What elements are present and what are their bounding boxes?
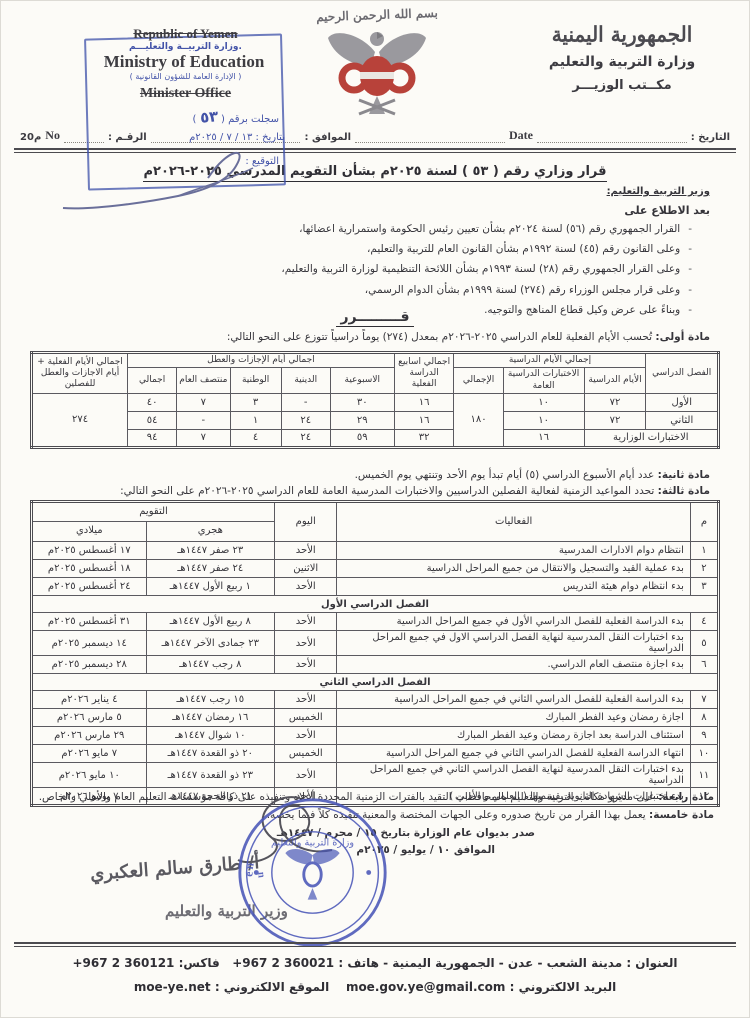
weekly-cell: ٣٠ — [330, 393, 394, 411]
seal-text-ar: وزارة التربية والتعليم — [271, 837, 354, 848]
table-row: ٩ استئناف الدراسة بعد اجازة رمضان وعيد ا… — [32, 727, 719, 745]
article-4-label: مادة رابعة: — [658, 791, 714, 803]
col-study-days: الأيام الدراسية — [584, 368, 646, 394]
col-midyear: منتصف العام — [177, 368, 230, 394]
document-page: الجمهورية اليمنية وزارة التربية والتعليم… — [0, 0, 750, 1018]
table-row: ٤ بدء الدراسة الفعلية للفصل الدراسي الأو… — [32, 613, 719, 631]
col-study-group: إجمالي الأيام الدراسية — [454, 353, 646, 368]
weekly-cell: ٥٩ — [330, 429, 394, 447]
handwritten-reg-number: ٥٣ — [199, 107, 219, 127]
email-value: moe.gov.ye@gmail.com — [346, 980, 505, 994]
address-label: العنوان : — [626, 956, 677, 970]
event-cell: بدء عملية القيد والتسجيل والانتقال من جم… — [337, 560, 691, 578]
after-review-heading: بعد الاطلاع على — [624, 204, 710, 217]
col-semester: الفصل الدراسي — [646, 353, 719, 394]
article-5-label: مادة خامسة: — [649, 809, 714, 821]
stamp-registered-number: سجلت برقم ( ٥٣ ) — [192, 108, 279, 126]
table-row: ٦ بدء اجازة منتصف العام الدراسي. الأحد ٨… — [32, 656, 719, 674]
day-cell: الأحد — [275, 578, 337, 596]
letterhead-en-ministry: Ministry of Education — [64, 52, 304, 72]
list-item: -وعلى القرار الجمهوري رقم (٢٨) لسنة ١٩٩٣… — [40, 262, 692, 276]
weeks-cell: ١٦ — [394, 393, 454, 411]
day-cell: الأحد — [275, 542, 337, 560]
table-row: ٢ بدء عملية القيد والتسجيل والانتقال من … — [32, 560, 719, 578]
footer-divider — [14, 942, 736, 947]
no-cell: ١ — [690, 542, 718, 560]
col-hijri: هجري — [146, 522, 275, 542]
section-title: الفصل الدراسي الأول — [32, 596, 719, 613]
study-days-cell: ٧٢ — [584, 393, 646, 411]
hijri-cell: ٢٣ ذو القعدة ١٤٤٧هـ — [146, 763, 275, 788]
table-row: ١١ بدء اختبارات النقل المدرسية لنهاية ال… — [32, 763, 719, 788]
registry-signature-scribble — [58, 138, 308, 213]
article-1-label: مادة أولى: — [655, 331, 710, 343]
year-suffix: م20 — [20, 132, 41, 143]
date-dotted-line2 — [355, 133, 505, 143]
list-item: -وعلى القانون رقم (٤٥) لسنة ١٩٩٢م بشأن ا… — [40, 242, 692, 256]
no-cell: ٩ — [690, 727, 718, 745]
holiday-total-cell: ٤٠ — [128, 393, 177, 411]
col-events: الفعاليات — [337, 502, 691, 542]
phone-value: +967 2 360021 — [232, 956, 334, 970]
stamp-ministry-line: .وزارة التربيــة والتعليـــم — [78, 42, 293, 52]
semester-cell: الاختبارات الوزارية — [584, 429, 718, 447]
grand-total-cell: ٢٧٤ — [32, 393, 128, 447]
weeks-cell: ١٦ — [394, 411, 454, 429]
day-cell: الأحد — [275, 656, 337, 674]
svg-text:Republic of Yemen: Republic of Yemen — [235, 795, 257, 877]
minister-office: مكــتب الوزيـــر — [522, 78, 722, 93]
address-value: مدينة الشعب - عدن - الجمهورية اليمنية - — [383, 956, 622, 970]
col-day: اليوم — [275, 502, 337, 542]
event-cell: بدء الدراسة الفعلية للفصل الدراسي الثاني… — [337, 691, 691, 709]
hijri-cell: ٢٣ جمادى الآخر ١٤٤٧هـ — [146, 631, 275, 656]
day-cell: الأحد — [275, 763, 337, 788]
greg-cell: ١٧ أغسطس ٢٠٢٥م — [32, 542, 147, 560]
day-cell: الاثنين — [275, 560, 337, 578]
fax-label: فاكس: — [179, 956, 220, 970]
national-cell: ٣ — [230, 393, 281, 411]
date-dotted-line — [537, 133, 687, 143]
table-row: ٧ بدء الدراسة الفعلية للفصل الدراسي الثا… — [32, 691, 719, 709]
exams-cell: ١٠ — [503, 411, 584, 429]
col-weekly: الاسبوعية — [330, 368, 394, 394]
decree-word: قـــــــــرر — [336, 309, 413, 327]
holiday-total-cell: ٩٤ — [128, 429, 177, 447]
religious-cell: ٢٤ — [281, 411, 330, 429]
hijri-cell: ٨ ربيع الأول ١٤٤٧هـ — [146, 613, 275, 631]
semester-cell: الأول — [646, 393, 719, 411]
national-cell: ١ — [230, 411, 281, 429]
table-row: الثاني ٧٢ ١٠ ١٦ ٢٩ ٢٤ ١ - ٥٤ — [32, 411, 719, 429]
dash-marker: - — [688, 242, 692, 256]
section-header-row: الفصل الدراسي الثاني — [32, 674, 719, 691]
table-row: ١٠ انتهاء الدراسة الفعلية للفصل الدراسي … — [32, 745, 719, 763]
dash-marker: - — [688, 262, 692, 276]
section-header-row: الفصل الدراسي الأول — [32, 596, 719, 613]
midyear-cell: - — [177, 411, 230, 429]
site-label: الموقع الالكتروني : — [215, 980, 329, 994]
weekly-cell: ٢٩ — [330, 411, 394, 429]
no-cell: ٤ — [690, 613, 718, 631]
no-cell: ١١ — [690, 763, 718, 788]
date-en-label: Date — [509, 128, 533, 143]
event-cell: بدء اختبارات النقل المدرسية لنهاية الفصل… — [337, 631, 691, 656]
seal-text-en-top: Republic of Yemen — [235, 795, 257, 877]
phone-label: هاتف : — [338, 956, 379, 970]
day-cell: الخميس — [275, 745, 337, 763]
day-cell: الخميس — [275, 709, 337, 727]
footer-contact-line: البريد الالكتروني : moe.gov.ye@gmail.com… — [0, 980, 750, 994]
no-cell: ١٠ — [690, 745, 718, 763]
registry-stamp: Republic of Yemen .وزارة التربيــة والتع… — [78, 20, 293, 195]
date-label: التاريخ : — [691, 132, 730, 143]
footer-address-line: العنوان : مدينة الشعب - عدن - الجمهورية … — [0, 956, 750, 970]
greg-cell: ٢٤ أغسطس ٢٠٢٥م — [32, 578, 147, 596]
col-general-exams: الاختبارات الدراسية العامة — [503, 368, 584, 394]
day-cell: الأحد — [275, 691, 337, 709]
hijri-cell: ٢٣ صفر ١٤٤٧هـ — [146, 542, 275, 560]
fax-value: +967 2 360121 — [73, 956, 175, 970]
hijri-cell: ١٦ رمضان ١٤٤٧هـ — [146, 709, 275, 727]
section-title: الفصل الدراسي الثاني — [32, 674, 719, 691]
signature-block: أ/ طارق سالم العكبري وزير التربية والتعل… — [60, 790, 420, 955]
col-grand-total: اجمالي الأيام الفعلية + أيام الاجازات وا… — [32, 353, 128, 394]
event-cell: بدء الدراسة الفعلية للفصل الدراسي الأول … — [337, 613, 691, 631]
table-row: ١ انتظام دوام الادارات المدرسية الأحد ٢٣… — [32, 542, 719, 560]
greg-cell: ٧ مايو ٢٠٢٦م — [32, 745, 147, 763]
event-cell: استئناف الدراسة بعد اجازة رمضان وعيد الف… — [337, 727, 691, 745]
no-cell: ٣ — [690, 578, 718, 596]
midyear-cell: ٧ — [177, 393, 230, 411]
no-cell: ٨ — [690, 709, 718, 727]
religious-cell: - — [281, 393, 330, 411]
list-item: -القرار الجمهوري رقم (٥٦) لسنة ٢٠٢٤م بشأ… — [40, 222, 692, 236]
hijri-cell: ١٠ شوال ١٤٤٧هـ — [146, 727, 275, 745]
no-cell: ٦ — [690, 656, 718, 674]
table-row: ٥ بدء اختبارات النقل المدرسية لنهاية الف… — [32, 631, 719, 656]
stamp-legal-dept-line: ( الإدارة العامة للشؤون القانونية ) — [78, 72, 293, 81]
col-holiday-total: اجمالي — [128, 368, 177, 394]
event-cell: بدء اجازة منتصف العام الدراسي. — [337, 656, 691, 674]
col-gregorian: ميلادي — [32, 522, 147, 542]
greg-cell: ٢٨ ديسمبر ٢٠٢٥م — [32, 656, 147, 674]
greg-cell: ١٨ أغسطس ٢٠٢٥م — [32, 560, 147, 578]
col-number: م — [690, 502, 718, 542]
greg-cell: ١٤ ديسمبر ٢٠٢٥م — [32, 631, 147, 656]
table-row: الأول ٧٢ ١٠ ١٨٠ ١٦ ٣٠ - ٣ ٧ ٤٠ ٢٧٤ — [32, 393, 719, 411]
total-all-cell: ١٨٠ — [454, 393, 503, 447]
day-cell: الأحد — [275, 613, 337, 631]
exams-cell: ١٠ — [503, 393, 584, 411]
semester-cell: الثاني — [646, 411, 719, 429]
greg-cell: ٢٩ مارس ٢٠٢٦م — [32, 727, 147, 745]
event-cell: بدء انتظام دوام هيئة التدريس — [337, 578, 691, 596]
event-cell: اجازة رمضان وعيد الفطر المبارك — [337, 709, 691, 727]
muwafiq-label: الموافق : — [304, 132, 351, 143]
col-religious: الدينية — [281, 368, 330, 394]
day-cell: الأحد — [275, 631, 337, 656]
col-holiday-group: اجمالي أيام الإجازات والعطل — [128, 353, 395, 368]
national-cell: ٤ — [230, 429, 281, 447]
letterhead-en-office: Minister Office — [78, 86, 293, 102]
greg-cell: ٤ يناير ٢٠٢٦م — [32, 691, 147, 709]
letterhead-arabic-block: الجمهورية اليمنية وزارة التربية والتعليم… — [522, 22, 722, 93]
dash-marker: - — [688, 222, 692, 236]
col-weeks: اجمالي اسابيع الدراسة الفعلية — [394, 353, 454, 394]
letterhead-en-republic: Republic of Yemen — [78, 26, 293, 42]
holiday-total-cell: ٥٤ — [128, 411, 177, 429]
hijri-cell: ٢٠ ذو القعدة ١٤٤٧هـ — [146, 745, 275, 763]
greg-cell: ٥ مارس ٢٠٢٦م — [32, 709, 147, 727]
event-cell: انتهاء الدراسة الفعلية للفصل الدراسي الث… — [337, 745, 691, 763]
yemen-eagle-emblem-icon — [321, 22, 433, 120]
table-row: الاختبارات الوزارية ١٦ ٣٢ ٥٩ ٢٤ ٤ ٧ ٩٤ — [32, 429, 719, 447]
event-cell: انتظام دوام الادارات المدرسية — [337, 542, 691, 560]
article-3: مادة ثالثة: تحدد المواعيد الزمنية لفعالي… — [30, 484, 710, 499]
hijri-cell: ١٥ رجب ١٤٤٧هـ — [146, 691, 275, 709]
calendar-table: م الفعاليات اليوم التقويم هجري ميلادي ١ … — [30, 500, 720, 807]
greg-cell: ٣١ أغسطس ٢٠٢٥م — [32, 613, 147, 631]
ministry-round-seal: Republic of Yemen Ministry Of Education … — [235, 795, 390, 950]
site-value: moe-ye.net — [134, 980, 211, 994]
hijri-cell: ٨ رجب ١٤٤٧هـ — [146, 656, 275, 674]
col-national: الوطنية — [230, 368, 281, 394]
study-days-cell: ٧٢ — [584, 411, 646, 429]
article-1: مادة أولى: تُحسب الأيام الفعلية للعام ال… — [30, 330, 710, 345]
greg-cell: ١٠ مايو ٢٠٢٦م — [32, 763, 147, 788]
event-cell: بدء اختبارات النقل المدرسية لنهاية الفصل… — [337, 763, 691, 788]
article-3-label: مادة ثالثة: — [658, 485, 710, 497]
exams-cell: ١٦ — [503, 429, 584, 447]
hijri-cell: ٢٤ صفر ١٤٤٧هـ — [146, 560, 275, 578]
dash-marker: - — [688, 283, 692, 297]
col-total: الإجمالي — [454, 368, 503, 394]
table-row: ٨ اجازة رمضان وعيد الفطر المبارك الخميس … — [32, 709, 719, 727]
republic-name: الجمهورية اليمنية — [522, 21, 722, 46]
no-cell: ٢ — [690, 560, 718, 578]
ministry-name: وزارة التربية والتعليم — [522, 54, 722, 70]
no-cell: ٧ — [690, 691, 718, 709]
letterhead: الجمهورية اليمنية وزارة التربية والتعليم… — [0, 0, 750, 130]
day-cell: الأحد — [275, 727, 337, 745]
hijri-cell: ١ ربيع الأول ١٤٤٧هـ — [146, 578, 275, 596]
minister-line: وزير التربية والتعليم: — [607, 186, 710, 197]
article-2-label: مادة ثانية: — [658, 469, 710, 481]
list-item: -وعلى قرار مجلس الوزراء رقم (٢٧٤) لسنة ١… — [40, 283, 692, 297]
article-2: مادة ثانية: عدد أيام الأسبوع الدراسي (٥)… — [30, 468, 710, 483]
email-label: البريد الالكتروني : — [510, 980, 617, 994]
religious-cell: ٢٤ — [281, 429, 330, 447]
col-calendar: التقويم — [32, 502, 275, 522]
table-row: ٣ بدء انتظام دوام هيئة التدريس الأحد ١ ر… — [32, 578, 719, 596]
no-cell: ٥ — [690, 631, 718, 656]
weeks-cell: ٣٢ — [394, 429, 454, 447]
midyear-cell: ٧ — [177, 429, 230, 447]
days-summary-table: الفصل الدراسي إجمالي الأيام الدراسية اجم… — [30, 351, 720, 449]
